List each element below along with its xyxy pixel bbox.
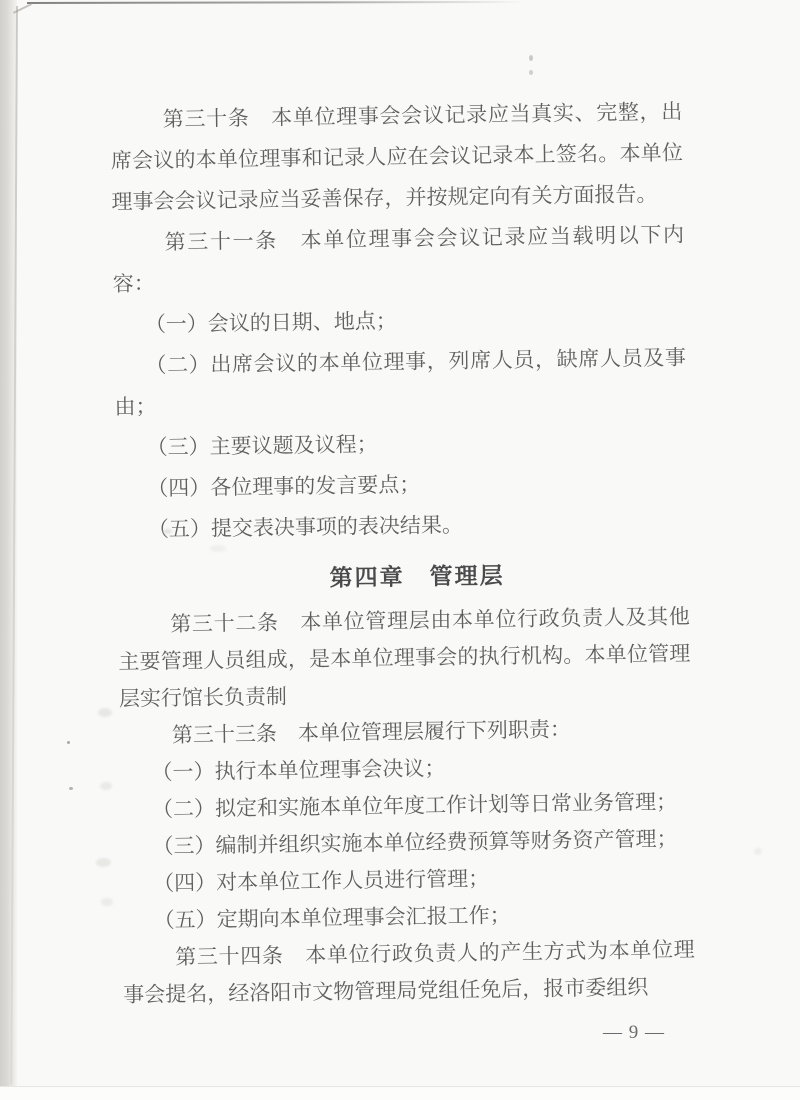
page-number: — 9 — (603, 1022, 665, 1044)
article-paragraph: 第三十条 本单位理事会会议记录应当真实、完整，出席会议的本单位理事和记录人应在会… (110, 92, 684, 223)
scanned-document-page: { "page": { "number_label": "— 9 —", "pa… (0, 0, 800, 1100)
ink-smudge (163, 529, 172, 534)
document-body: 第三十条 本单位理事会会议记录应当真实、完整，出席会议的本单位理事和记录人应在会… (110, 92, 695, 1014)
ink-speck (529, 55, 533, 61)
bleed-through-mark (96, 858, 111, 867)
ink-speck (67, 741, 70, 744)
ink-speck (69, 787, 73, 790)
ink-smudge (754, 848, 762, 855)
bleed-through-mark (210, 545, 226, 552)
article-paragraph: 第三十一条 本单位理事会会议记录应当载明以下内容： (112, 215, 685, 305)
article-paragraph: 第三十四条 本单位行政负责人的产生方式为本单位理事会提名，经洛阳市文物管理局党组… (122, 931, 695, 1013)
chapter-heading: 第四章 管理层 (145, 557, 689, 595)
page-top-edge-line (27, 1, 525, 4)
ink-speck (529, 70, 533, 75)
page-bottom-edge (0, 1086, 800, 1100)
list-item: （二）出席会议的本单位理事，列席人员，缺席人员及事由； (114, 337, 687, 427)
bleed-through-mark (101, 898, 113, 906)
list-item: （五）提交表决事项的表决结果。 (116, 501, 689, 550)
bleed-through-mark (100, 782, 112, 790)
article-paragraph: 第三十二条 本单位管理层由本单位行政负责人及其他主要管理人员组成，是本单位理事会… (118, 598, 692, 717)
bleed-through-mark (98, 708, 112, 717)
